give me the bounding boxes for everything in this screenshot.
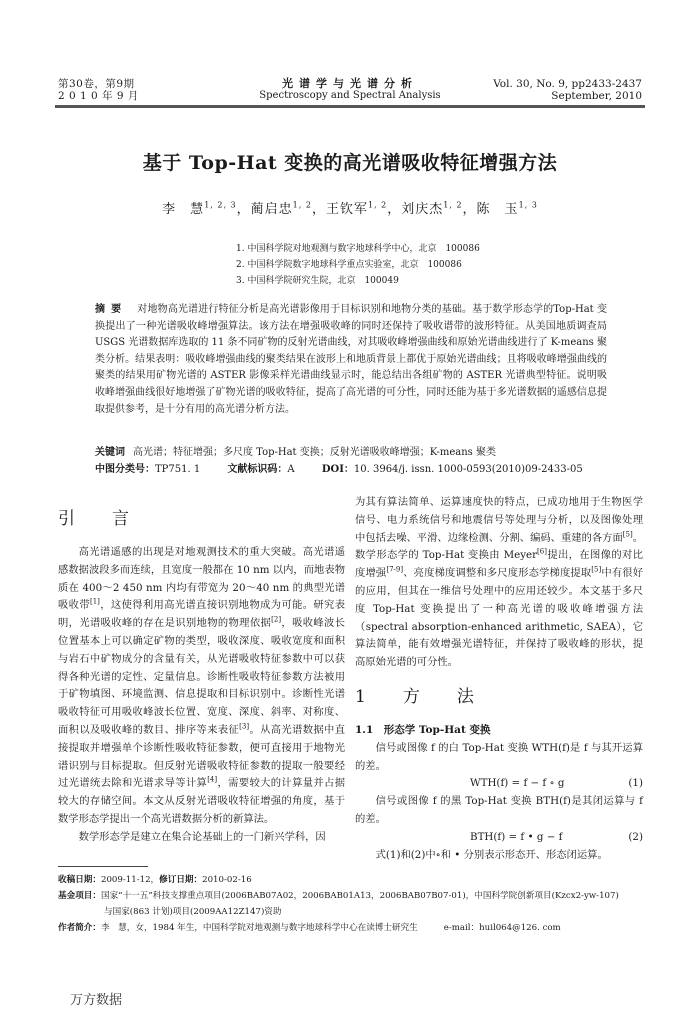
classification-line: 中图分类号：TP751. 1 文献标识码：A DOI：10. 3964/j. i… (95, 461, 625, 478)
equation-number: (2) (628, 829, 643, 847)
author-bio-line: 作者简介：李 慧，女，1984 年生，中国科学院对地观测与数字地球科学中心在读博… (58, 920, 658, 936)
methods-paragraph: 信号或图像 f 的黑 Top-Hat 变换 BTH(f)是其闭运算与 f 的差。 (355, 793, 643, 829)
affiliation: 3. 中国科学院研究生院，北京 100049 (236, 273, 480, 289)
citation: [5] (623, 530, 633, 538)
doc-code-label: 文献标识码： (227, 464, 287, 475)
header-divider (55, 105, 645, 108)
left-column: 引 言 高光谱遥感的出现是对地观测技术的重大突破。高光谱遥感数据波段多而连续，且… (58, 494, 345, 847)
citation: [5] (591, 566, 601, 574)
intro-heading: 引 言 (58, 508, 345, 530)
fund-label: 基金项目： (58, 891, 101, 901)
subsection-heading: 1.1 形态学 Top-Hat 变换 (355, 722, 643, 740)
author: 蔺启忠 (251, 202, 293, 217)
methods-paragraph: 式(1)和(2)中∘和 • 分别表示形态开、形态闭运算。 (355, 847, 643, 865)
affiliation: 2. 中国科学院数字地球科学重点实验室，北京 100086 (236, 257, 480, 273)
intro-paragraph: 高光谱遥感的出现是对地观测技术的重大突破。高光谱遥感数据波段多而连续，且宽度一般… (58, 544, 345, 829)
citation: [4] (207, 776, 217, 784)
affiliation-list: 1. 中国科学院对地观测与数字地球科学中心，北京 100086 2. 中国科学院… (236, 241, 480, 289)
equation-body: BTH(f) = f • g − f (470, 829, 562, 847)
dates-line: 收稿日期：2009-11-12，修订日期：2010-02-16 (58, 872, 658, 888)
clc-label: 中图分类号： (95, 464, 155, 475)
citation: [1] (90, 598, 100, 606)
footnote-divider (58, 866, 148, 867)
equation-body: WTH(f) = f − f ∘ g (470, 775, 564, 793)
doi-label: DOI： (322, 464, 354, 475)
citation: [6] (537, 548, 547, 556)
author: 李 慧 (162, 202, 204, 217)
methods-heading: 1 方 法 (355, 686, 643, 708)
text: 为其有算法简单、运算速度快的特点，已成功地用于生物医学信号、电力系统信号和地震信… (355, 496, 643, 544)
fund-line-continued: 与国家(863 计划)项目(2009AA12Z147)资助 (58, 904, 658, 920)
right-column: 为其有算法简单、运算速度快的特点，已成功地用于生物医学信号、电力系统信号和地震信… (355, 494, 643, 864)
abstract-text: 对地物高光谱进行特征分析是高光谱影像用于目标识别和地物分类的基础。基于数学形态学… (95, 304, 607, 415)
doc-code-value: A (287, 464, 294, 475)
intro-paragraph-continued: 为其有算法简单、运算速度快的特点，已成功地用于生物医学信号、电力系统信号和地震信… (355, 494, 643, 672)
author-email: e-mail：huil064@126. com (444, 923, 561, 933)
paper-title: 基于 Top-Hat 变换的高光谱吸收特征增强方法 (0, 148, 700, 175)
author-bio-text: 李 慧，女，1984 年生，中国科学院对地观测与数字地球科学中心在读博士研究生 (101, 923, 418, 933)
intro-paragraph: 数学形态学是建立在集合论基础上的一门新兴学科，因 (58, 829, 345, 847)
watermark: 万方数据 (70, 989, 122, 1008)
received-label: 收稿日期： (58, 875, 101, 885)
author: 陈 玉 (477, 202, 519, 217)
clc-value: TP751. 1 (155, 464, 200, 475)
text: 中有很好的应用，但其在一维信号处理中的应用还较少。本文基于多尺度 Top-Hat… (355, 567, 643, 668)
volume-pages: Vol. 30, No. 9, pp2433-2437 September, 2… (493, 78, 642, 102)
author-list: 李 慧1, 2, 3，蔺启忠1, 2，王钦军1, 2，刘庆杰1, 2，陈 玉1,… (0, 198, 700, 217)
revised-label: 修订日期： (159, 875, 202, 885)
author-affiliation-mark: 1, 2 (293, 201, 312, 210)
author-affiliation-mark: 1, 2, 3 (204, 201, 236, 210)
equation-2: BTH(f) = f • g − f (2) (355, 829, 643, 847)
author-affiliation-mark: 1, 2 (368, 201, 387, 210)
methods-paragraph: 信号或图像 f 的白 Top-Hat 变换 WTH(f)是 f 与其开运算的差。 (355, 740, 643, 776)
citation: [3] (239, 723, 249, 731)
equation-1: WTH(f) = f − f ∘ g (1) (355, 775, 643, 793)
keywords: 关键词高光谱；特征增强；多尺度 Top-Hat 变换；反射光谱吸收峰增强；K-m… (95, 444, 625, 461)
keywords-block: 关键词高光谱；特征增强；多尺度 Top-Hat 变换；反射光谱吸收峰增强；K-m… (95, 444, 625, 478)
footnotes: 收稿日期：2009-11-12，修订日期：2010-02-16 基金项目：国家“… (58, 872, 658, 936)
revised-date: 2010-02-16 (202, 875, 252, 885)
volume-pages-en: Vol. 30, No. 9, pp2433-2437 (493, 78, 642, 90)
text: 、亮度梯度调整和多尺度形态学梯度提取 (403, 567, 591, 579)
author-affiliation-mark: 1, 3 (519, 201, 538, 210)
month-year-en: September, 2010 (493, 90, 642, 102)
doi-value: 10. 3964/j. issn. 1000-0593(2010)09-2433… (354, 464, 583, 475)
fund-line: 基金项目：国家“十一五”科技支撑重点项目(2006BAB07A02，2006BA… (58, 888, 658, 904)
author-affiliation-mark: 1, 2 (443, 201, 462, 210)
citation: [2] (271, 616, 281, 624)
fund-text: 国家“十一五”科技支撑重点项目(2006BAB07A02，2006BAB01A1… (101, 891, 619, 901)
text: ，吸收峰波长位置基本上可以确定矿物的类型，吸收深度、吸收宽度和面积与岩石中矿物成… (58, 617, 345, 736)
equation-number: (1) (628, 775, 643, 793)
keywords-text: 高光谱；特征增强；多尺度 Top-Hat 变换；反射光谱吸收峰增强；K-mean… (133, 447, 496, 458)
author: 刘庆杰 (401, 202, 443, 217)
received-date: 2009-11-12， (101, 875, 159, 885)
citation: [7-9] (386, 566, 403, 574)
affiliation: 1. 中国科学院对地观测与数字地球科学中心，北京 100086 (236, 241, 480, 257)
author: 王钦军 (326, 202, 368, 217)
keywords-label: 关键词 (95, 447, 125, 458)
abstract: 摘要对地物高光谱进行特征分析是高光谱影像用于目标识别和地物分类的基础。基于数学形… (95, 302, 607, 418)
abstract-label: 摘要 (95, 304, 127, 315)
author-bio-label: 作者简介： (58, 923, 101, 933)
